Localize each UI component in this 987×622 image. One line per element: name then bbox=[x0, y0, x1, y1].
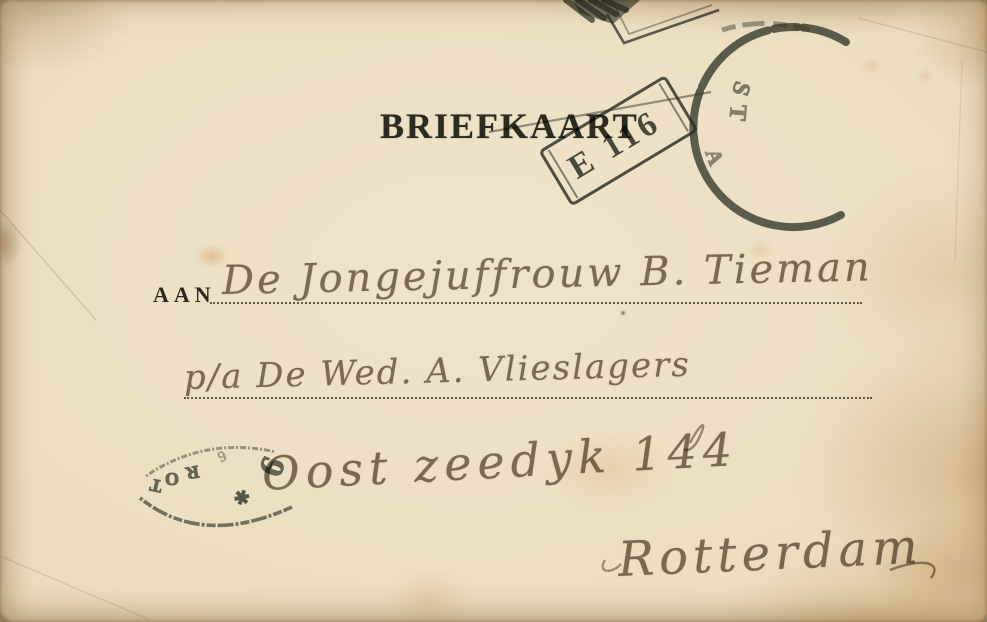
postmark-arc bbox=[693, 27, 846, 227]
oval-letter-t: T bbox=[148, 475, 164, 497]
oval-digit-6: 6 bbox=[214, 447, 228, 465]
stamp-frame-outer bbox=[607, 10, 719, 43]
oval-letter-r: R bbox=[183, 462, 200, 484]
rotterdam-postmark: R O T ✱ 9 6 bbox=[140, 447, 292, 526]
oval-letter-o: O bbox=[165, 469, 179, 489]
postmark-letter-s: S bbox=[726, 78, 755, 99]
oval-arc-bottom bbox=[140, 498, 292, 525]
e116-box-stamp: E 116 bbox=[540, 77, 696, 205]
star-icon: ✱ bbox=[231, 486, 253, 511]
stamp-drag-line bbox=[489, 92, 711, 132]
amsterdam-postmark: S T A bbox=[693, 24, 846, 228]
postmark-overlay: S T A E 116 R O T ✱ 9 6 bbox=[0, 0, 987, 622]
postmark-letter-a: A bbox=[700, 145, 729, 169]
pen-flourishes bbox=[603, 425, 935, 578]
line3-flourish bbox=[684, 425, 703, 450]
clipped-stamp-fragment bbox=[566, 0, 719, 43]
paper-creases bbox=[0, 18, 987, 620]
city-lead-flourish bbox=[603, 560, 621, 571]
postcard-photo: BRIEFKAART AAN De Jongejuffrouw B. Tiema… bbox=[0, 0, 987, 622]
oval-digit-9: 9 bbox=[251, 452, 292, 482]
postmark-letter-t: T bbox=[724, 103, 751, 121]
city-tail-flourish bbox=[890, 563, 934, 578]
